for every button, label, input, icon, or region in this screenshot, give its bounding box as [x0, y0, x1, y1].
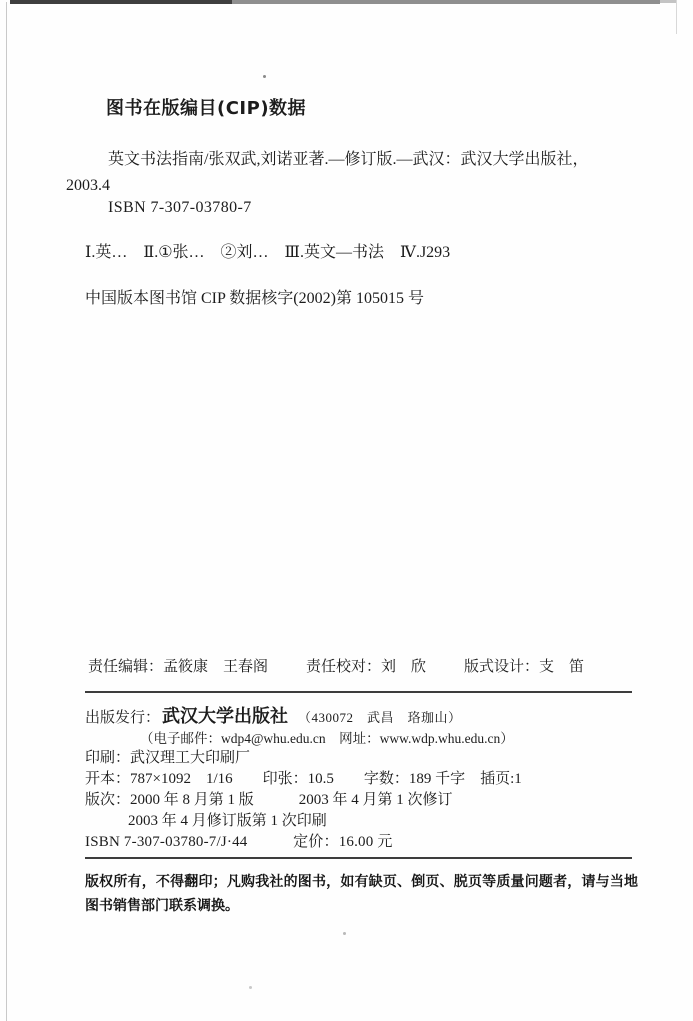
cip-record-number: 中国版本图书馆 CIP 数据核字(2002)第 105015 号: [85, 285, 424, 308]
cip-title-statement-line1: 英文书法指南/张双武,刘诺亚著.—修订版.—武汉：武汉大学出版社，: [108, 146, 588, 169]
responsible-editor: 责任编辑：孟筱康 王春阁: [88, 655, 268, 676]
publisher-name: 武汉大学出版社: [162, 702, 288, 728]
cip-classification-line: Ⅰ.英… Ⅱ.①张… ②刘… Ⅲ.英文—书法 Ⅳ.J293: [85, 239, 450, 262]
scan-artifact-top-dark-band: [10, 0, 232, 4]
isbn-price-line: ISBN 7-307-03780-7/J·44 定价：16.00 元: [85, 830, 393, 851]
scan-speck: [263, 75, 266, 78]
cip-section-title: 图书在版编目(CIP)数据: [106, 94, 306, 120]
copyright-notice: 版权所有，不得翻印；凡购我社的图书，如有缺页、倒页、脱页等质量问题者，请与当地图…: [85, 870, 638, 918]
edition-line: 版次：2000 年 8 月第 1 版 2003 年 4 月第 1 次修订: [85, 788, 453, 809]
publisher-address: （430072 武昌 珞珈山）: [298, 707, 462, 726]
scan-artifact-left-edge: [6, 2, 7, 1021]
printing-line: 2003 年 4 月修订版第 1 次印刷: [128, 809, 327, 830]
publisher-contact-line: （电子邮件：wdp4@whu.edu.cn 网址：www.wdp.whu.edu…: [140, 727, 514, 747]
divider-rule-top: [85, 691, 632, 693]
staff-credits-row: 责任编辑：孟筱康 王春阁 责任校对：刘 欣 版式设计：支 笛: [88, 655, 584, 676]
scan-artifact-top-faint-band: [660, 0, 677, 3]
responsible-proofreader: 责任校对：刘 欣: [306, 655, 426, 676]
divider-rule-bottom: [85, 857, 632, 859]
cip-title-statement-line2: 2003.4: [66, 177, 110, 195]
scan-speck: [343, 932, 346, 935]
layout-designer: 版式设计：支 笛: [464, 655, 584, 676]
scan-speck: [249, 986, 252, 989]
printer-line: 印刷：武汉理工大印刷厂: [85, 746, 250, 767]
publisher-label: 出版发行：: [85, 706, 160, 727]
cip-isbn: ISBN 7-307-03780-7: [108, 199, 252, 217]
scan-artifact-right-edge: [676, 0, 677, 34]
book-copyright-page: 图书在版编目(CIP)数据 英文书法指南/张双武,刘诺亚著.—修订版.—武汉：武…: [0, 0, 693, 1021]
publisher-row: 出版发行： 武汉大学出版社 （430072 武昌 珞珈山）: [85, 702, 462, 728]
format-line: 开本：787×1092 1/16 印张：10.5 字数：189 千字 插页:1: [85, 767, 522, 788]
scan-artifact-top-gray-band: [232, 0, 660, 4]
